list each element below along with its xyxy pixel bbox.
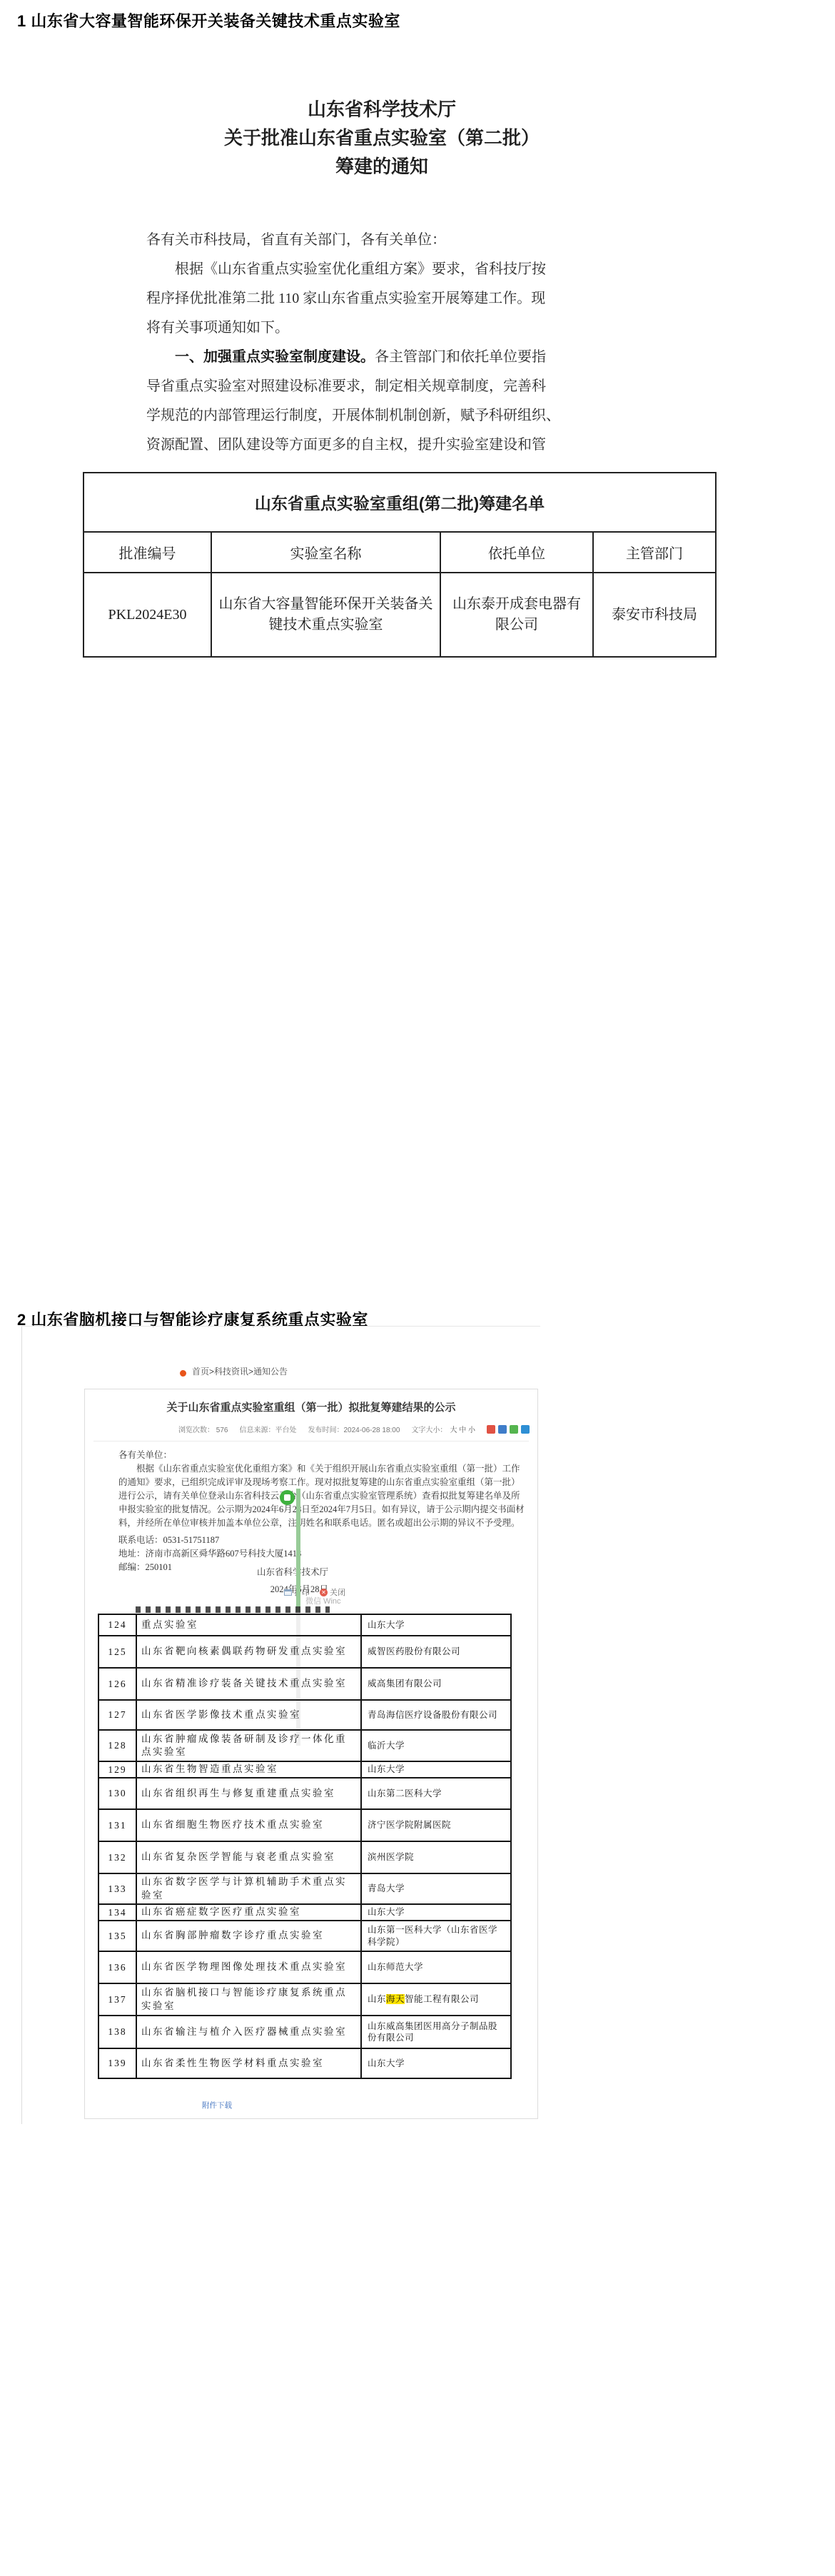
document-issuer: 山东省科学技术厅	[107, 96, 657, 124]
header-dept: 主管部门	[593, 532, 716, 573]
header-code: 批准编号	[83, 532, 211, 573]
breadcrumb[interactable]: 首页>科技资讯>通知公告	[192, 1365, 288, 1377]
publish-time: 发布时间：2024-06-28 18:00	[308, 1424, 400, 1434]
table-row: 130山东省组织再生与修复重建重点实验室山东第二医科大学	[98, 1778, 511, 1809]
wechat-share-icon[interactable]	[510, 1425, 518, 1434]
cell-unit: 山东泰开成套电器有限公司	[440, 573, 593, 657]
document-header: 山东省科学技术厅 关于批准山东省重点实验室（第二批） 筹建的通知	[107, 96, 657, 181]
breadcrumb-dot-icon	[180, 1370, 186, 1377]
contact-phone: 联系电话：0531-51751187	[118, 1534, 527, 1547]
table-row: 126山东省精准诊疗装备关键技术重点实验室威高集团有限公司	[98, 1668, 511, 1700]
fontsize-label: 文字大小：	[411, 1424, 447, 1434]
table-row: 131山东省细胞生物医疗技术重点实验室济宁医学院附属医院	[98, 1809, 511, 1841]
service-icon	[284, 1494, 290, 1501]
table-row: 138山东省输注与植介入医疗器械重点实验室山东威高集团医用高分子制品股份有限公司	[98, 2016, 511, 2048]
doc-line: 根据《山东省重点实验室优化重组方案》要求，省科技厅按	[146, 255, 582, 284]
table-row: PKL2024E30 山东省大容量智能环保开关装备关键技术重点实验室 山东泰开成…	[83, 573, 716, 657]
lab-list-table: 124重点实验室山东大学 125山东省靶向核素偶联药物研发重点实验室威智医药股份…	[98, 1614, 512, 2079]
table-row: 125山东省靶向核素偶联药物研发重点实验室威智医药股份有限公司	[98, 1636, 511, 1668]
table-row-highlighted: 137山东省脑机接口与智能诊疗康复系统重点实验室山东海天智能工程有限公司	[98, 1983, 511, 2016]
approved-labs-table: 山东省重点实验室重组(第二批)筹建名单 批准编号 实验室名称 依托单位 主管部门…	[83, 472, 717, 658]
header-lab-name: 实验室名称	[211, 532, 440, 573]
cell-dept: 泰安市科技局	[593, 573, 716, 657]
table-row: 136山东省医学物理图像处理技术重点实验室山东师范大学	[98, 1951, 511, 1983]
floating-service-button[interactable]	[280, 1490, 295, 1505]
table-header-row: 批准编号 实验室名称 依托单位 主管部门	[83, 532, 716, 573]
wechat-window-watermark: 微信 Winc	[305, 1595, 341, 1606]
search-highlight: 海天	[386, 1994, 405, 2004]
table-row: 133山东省数字医学与计算机辅助手术重点实验室青岛大学	[98, 1873, 511, 1904]
qzone-share-icon[interactable]	[498, 1425, 507, 1434]
doc-line: 导省重点实验室对照建设标准要求，制定相关规章制度，完善科	[146, 372, 582, 401]
info-source: 信息来源：平台处	[239, 1424, 296, 1434]
table-row: 139山东省柔性生物医学材料重点实验室山东大学	[98, 2048, 511, 2078]
doc-line: 程序择优批准第二批 110 家山东省重点实验室开展筹建工作。现	[146, 284, 582, 313]
cell-lab-name: 山东省大容量智能环保开关装备关键技术重点实验室	[211, 573, 440, 657]
announcement-meta: 浏览次数： 576 信息来源：平台处 发布时间：2024-06-28 18:00…	[178, 1424, 537, 1434]
table-row: 129山东省生物智造重点实验室山东大学	[98, 1761, 511, 1778]
doc-line-rest: 各主管部门和依托单位要指	[375, 349, 546, 365]
document-body: 各有关市科技局，省直有关部门，各有关单位： 根据《山东省重点实验室优化重组方案》…	[146, 226, 582, 460]
table-row: 127山东省医学影像技术重点实验室青岛海信医疗设备股份有限公司	[98, 1700, 511, 1730]
document-title-line2: 筹建的通知	[107, 153, 657, 181]
fontsize-options[interactable]: 大 中 小	[450, 1424, 475, 1434]
screenshot-top-border	[21, 1326, 540, 1327]
views-count: 浏览次数： 576	[178, 1424, 228, 1434]
doc-bold-clause: 一、加强重点实验室制度建设。	[175, 349, 375, 365]
signature-org: 山东省科学技术厅	[171, 1565, 328, 1578]
table-row: 132山东省复杂医学智能与衰老重点实验室滨州医学院	[98, 1841, 511, 1873]
attachment-link[interactable]: 附件下载	[202, 2100, 232, 2110]
doc-line: 各有关市科技局，省直有关部门，各有关单位：	[146, 226, 582, 255]
table-row: 128山东省肿瘤成像装备研制及诊疗一体化重点实验室临沂大学	[98, 1730, 511, 1761]
section2-heading: 2 山东省脑机接口与智能诊疗康复系统重点实验室	[17, 1308, 368, 1330]
document-title-line1: 关于批准山东省重点实验室（第二批）	[107, 124, 657, 153]
table-row: 135山东省胸部肿瘤数字诊疗重点实验室山东第一医科大学（山东省医学科学院）	[98, 1921, 511, 1951]
doc-line: 将有关事项通知如下。	[146, 313, 582, 343]
page: 1 山东省大容量智能环保开关装备关键技术重点实验室 山东省科学技术厅 关于批准山…	[0, 0, 835, 2576]
section1-heading: 1 山东省大容量智能环保开关装备关键技术重点实验室	[17, 9, 400, 31]
contact-address: 地址：济南市高新区舜华路607号科技大厦1413	[118, 1547, 527, 1561]
printer-icon	[284, 1589, 292, 1596]
doc-line: 资源配置、团队建设等方面更多的自主权，提升实验室建设和管	[146, 431, 582, 460]
doc-line: 学规范的内部管理运行制度，开展体制机制创新，赋予科研组织、	[146, 401, 582, 431]
salutation: 各有关单位：	[118, 1449, 527, 1462]
table-row: 134山东省癌症数字医疗重点实验室山东大学	[98, 1904, 511, 1921]
clipped-text-strip	[136, 1606, 330, 1613]
qq-share-icon[interactable]	[521, 1425, 530, 1434]
screenshot-left-border	[21, 1326, 22, 2124]
header-unit: 依托单位	[440, 532, 593, 573]
doc-line: 一、加强重点实验室制度建设。各主管部门和依托单位要指	[146, 343, 582, 372]
table-row: 124重点实验室山东大学	[98, 1614, 511, 1636]
announcement-paragraph: 根据《山东省重点实验室优化重组方案》和《关于组织开展山东省重点实验室重组（第一批…	[118, 1462, 527, 1530]
weibo-share-icon[interactable]	[487, 1425, 495, 1434]
scrollbar-thumb[interactable]	[296, 1489, 300, 1611]
table-title: 山东省重点实验室重组(第二批)筹建名单	[83, 473, 716, 532]
cell-code: PKL2024E30	[83, 573, 211, 657]
announcement-body: 各有关单位： 根据《山东省重点实验室优化重组方案》和《关于组织开展山东省重点实验…	[85, 1442, 537, 1574]
announcement-title: 关于山东省重点实验室重组（第一批）拟批复筹建结果的公示	[85, 1399, 537, 1414]
